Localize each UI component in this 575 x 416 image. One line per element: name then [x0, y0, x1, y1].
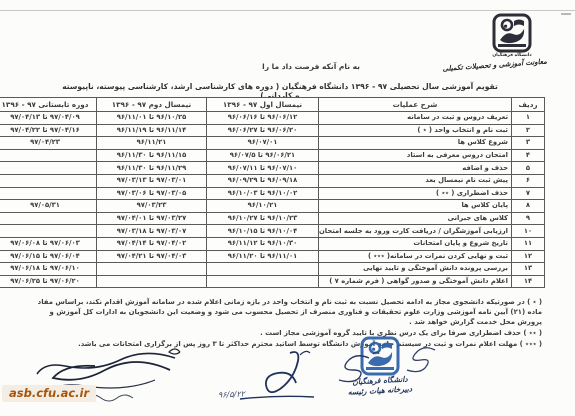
row-number: ۱۴	[512, 275, 545, 288]
sem2-date-cell: ۹۷/۰۴/۰۲ تا ۹۷/۰۴/۱۴	[97, 237, 207, 250]
sem1-date-cell: ۹۶/۰۷/۰۱	[207, 137, 319, 150]
col-header-semester1: نیمسال اول ۹۷ - ۱۳۹۶	[207, 98, 319, 112]
sem2-date-cell: ۹۶/۱۱/۲۱	[97, 137, 207, 150]
table-row: ۱تعریف دروس و ثبت در سامانه۹۶/۰۶/۱۲ تا ۹…	[0, 112, 545, 125]
operation-cell: بررسی پرونده دانش آموختگی و تایید نهایی	[319, 263, 512, 276]
operation-cell: شروع کلاس ها	[319, 137, 512, 150]
operation-cell: ارزیابی آموزشگران / دریافت کارت ورود به …	[319, 225, 512, 238]
operation-cell: امتحان دروس معرفی به استاد	[319, 149, 512, 162]
table-row: ۱۲ثبت و نهایی کردن نمرات در سامانه( ٭٭٭ …	[0, 250, 545, 263]
scan-artifact-mark	[561, 13, 571, 15]
scan-artifact-line	[0, 10, 575, 11]
operation-cell: اعلام دانش آموختگی و صدور گواهی ( فرم شم…	[319, 275, 512, 288]
sem2-date-cell	[97, 263, 207, 276]
table-row: ۱۰ارزیابی آموزشگران / دریافت کارت ورود ب…	[0, 225, 545, 238]
operation-cell: ثبت نام و انتخاب واحد ( ٭ )	[319, 124, 512, 137]
sem1-date-cell: ۹۶/۰۶/۲۰ تا ۹۶/۰۶/۲۷	[207, 124, 319, 137]
row-number: ۱۳	[512, 263, 545, 276]
sem2-date-cell	[97, 275, 207, 288]
operation-cell: پیش ثبت نام نیمسال بعد	[319, 174, 512, 187]
table-row: ۸پایان کلاس ها۹۶/۱۰/۲۱۹۷/۰۳/۲۳۹۷/۰۵/۳۱	[0, 200, 545, 213]
sem1-date-cell: ۹۶/۱۰/۰۲ تا ۹۶/۱۰/۰۳	[207, 187, 319, 200]
operation-cell: تاریخ شروع و پایان امتحانات	[319, 237, 512, 250]
summer-date-cell: ۹۷/۰۶/۲۰ تا ۹۷/۰۶/۲۵	[0, 275, 97, 288]
table-row: ۹کلاس های جبرانی۹۶/۱۰/۲۳ تا ۹۶/۱۰/۲۷۹۷/۰…	[0, 212, 545, 225]
table-row: ۱۱تاریخ شروع و پایان امتحانات۹۶/۱۰/۳۰ تا…	[0, 237, 545, 250]
table-row: ۱۴اعلام دانش آموختگی و صدور گواهی ( فرم …	[0, 275, 545, 288]
sem2-date-cell: ۹۷/۰۳/۲۳	[97, 200, 207, 213]
row-number: ۷	[512, 187, 545, 200]
table-row: ۴امتحان دروس معرفی به استاد۹۶/۰۶/۲۱ تا ۹…	[0, 149, 545, 162]
row-number: ۲	[512, 124, 545, 137]
signature-center	[230, 345, 320, 413]
scanned-document-page: دانشگاه فرهنگیان معاونت آموزشی و تحصیلات…	[0, 0, 575, 416]
col-header-row-number: ردیف	[512, 98, 545, 112]
website-watermark: asb.cfu.ac.ir	[2, 385, 96, 402]
university-logo-block: دانشگاه فرهنگیان معاونت آموزشی و تحصیلات…	[477, 13, 547, 68]
operation-cell: تعریف دروس و ثبت در سامانه	[319, 112, 512, 125]
table-header-row: ردیف شرح عملیات نیمسال اول ۹۷ - ۱۳۹۶ نیم…	[0, 98, 545, 112]
operation-cell: حذف اضطراری ( ٭٭ )	[319, 187, 512, 200]
sem2-date-cell: ۹۷/۰۴/۰۳ تا ۹۷/۰۴/۲۱	[97, 250, 207, 263]
handwritten-date: ۹۶/۵/۲۲	[218, 390, 245, 400]
sem1-date-cell: ۹۶/۰۹/۱۸ تا ۹۶/۰۹/۲۹	[207, 174, 319, 187]
summer-date-cell: ۹۷/۰۴/۲۳	[0, 137, 97, 150]
summer-date-cell: ۹۷/۰۵/۳۱	[0, 200, 97, 213]
row-number: ۸	[512, 200, 545, 213]
summer-date-cell	[0, 212, 97, 225]
table-row: ۱۳بررسی پرونده دانش آموختگی و تایید نهای…	[0, 263, 545, 276]
table-row: ۷حذف اضطراری ( ٭٭ )۹۶/۱۰/۰۲ تا ۹۶/۱۰/۰۳۹…	[0, 187, 545, 200]
footnote-1: ( ٭ ) در صورتیکه دانشجوی مجاز به ادامه ت…	[32, 297, 542, 327]
sem2-date-cell: ۹۶/۱۱/۱۵ تا ۹۶/۱۱/۳۰	[97, 149, 207, 162]
sem2-date-cell: ۹۷/۰۳/۰۱ تا ۹۷/۰۳/۱۳	[97, 174, 207, 187]
summer-date-cell	[0, 174, 97, 187]
sem1-date-cell: ۹۶/۰۶/۱۲ تا ۹۶/۰۶/۱۶	[207, 112, 319, 125]
col-header-semester2: نیمسال دوم ۹۷ - ۱۳۹۶	[97, 98, 207, 112]
sem2-date-cell: ۹۷/۰۳/۰۷ تا ۹۷/۰۳/۱۸	[97, 225, 207, 238]
row-number: ۳	[512, 137, 545, 150]
summer-date-cell: ۹۷/۰۶/۰۴ تا ۹۷/۰۶/۱۵	[0, 250, 97, 263]
sem2-date-cell: ۹۷/۰۳/۲۷ تا ۹۷/۰۴/۰۱	[97, 212, 207, 225]
sem1-date-cell	[207, 275, 319, 288]
summer-date-cell: ۹۷/۰۴/۰۹ تا ۹۷/۰۴/۱۳	[0, 112, 97, 125]
sem1-date-cell	[207, 263, 319, 276]
row-number: ۶	[512, 174, 545, 187]
row-number: ۵	[512, 162, 545, 175]
row-number: ۴	[512, 149, 545, 162]
sem1-date-cell: ۹۶/۱۰/۲۱	[207, 200, 319, 213]
summer-date-cell	[0, 187, 97, 200]
row-number: ۱۱	[512, 237, 545, 250]
sem1-date-cell: ۹۶/۱۱/۰۱ تا ۹۶/۱۱/۲۰	[207, 250, 319, 263]
sem2-date-cell: ۹۷/۰۳/۰۵ تا ۹۷/۰۳/۰۶	[97, 187, 207, 200]
row-number: ۱۲	[512, 250, 545, 263]
summer-date-cell	[0, 225, 97, 238]
operation-cell: پایان کلاس ها	[319, 200, 512, 213]
academic-calendar-table: ردیف شرح عملیات نیمسال اول ۹۷ - ۱۳۹۶ نیم…	[0, 97, 545, 288]
row-number: ۹	[512, 212, 545, 225]
operation-cell: حذف و اضافه	[319, 162, 512, 175]
sem1-date-cell: ۹۶/۱۰/۲۳ تا ۹۶/۱۰/۲۷	[207, 212, 319, 225]
sem1-date-cell: ۹۶/۰۶/۲۱ تا ۹۶/۰۷/۵	[207, 149, 319, 162]
footnote-2: ( ٭٭ ) حذف اضطراری صرفا برای یک درس نظری…	[32, 328, 542, 338]
summer-date-cell	[0, 149, 97, 162]
signature-far-right-small	[395, 342, 445, 376]
operation-cell: ثبت و نهایی کردن نمرات در سامانه( ٭٭٭ )	[319, 250, 512, 263]
table-row: ۵حذف و اضافه۹۶/۰۷/۱۰ تا ۹۶/۰۷/۱۱۹۶/۱۱/۲۹…	[0, 162, 545, 175]
summer-date-cell: ۹۷/۰۴/۱۶ تا ۹۷/۰۴/۲۲	[0, 124, 97, 137]
sem1-date-cell: ۹۶/۱۰/۰۴ تا ۹۶/۱۰/۱۵	[207, 225, 319, 238]
bismillah-line: به نام آنکه فرصت داد ما را	[262, 62, 360, 71]
sem2-date-cell: ۹۶/۱۱/۲۹ تا ۹۶/۱۱/۳۰	[97, 162, 207, 175]
operation-cell: کلاس های جبرانی	[319, 212, 512, 225]
table-row: ۶پیش ثبت نام نیمسال بعد۹۶/۰۹/۱۸ تا ۹۶/۰۹…	[0, 174, 545, 187]
farhangian-university-logo-icon	[492, 13, 532, 53]
summer-date-cell: ۹۷/۰۶/۱۰ تا ۹۷/۰۶/۱۸	[0, 263, 97, 276]
signature-right-small	[325, 348, 380, 388]
summer-date-cell: ۹۷/۰۶/۰۳ تا ۹۷/۰۶/۰۸	[0, 237, 97, 250]
sem2-date-cell: ۹۶/۱۰/۲۵ تا ۹۶/۱۱/۰۱	[97, 112, 207, 125]
table-row: ۲ثبت نام و انتخاب واحد ( ٭ )۹۶/۰۶/۲۰ تا …	[0, 124, 545, 137]
table-row: ۳شروع کلاس ها۹۶/۰۷/۰۱۹۶/۱۱/۲۱۹۷/۰۴/۲۳	[0, 137, 545, 150]
logo-department-calligraphy: معاونت آموزشی و تحصیلات تکمیلی	[477, 58, 547, 71]
col-header-operation: شرح عملیات	[319, 98, 512, 112]
row-number: ۱	[512, 112, 545, 125]
sem1-date-cell: ۹۶/۱۰/۳۰ تا ۹۶/۱۱/۱۲	[207, 237, 319, 250]
col-header-summer: دوره تابستانی ۹۷ - ۱۳۹۶	[0, 98, 97, 112]
summer-date-cell	[0, 162, 97, 175]
sem1-date-cell: ۹۶/۰۷/۱۰ تا ۹۶/۰۷/۱۱	[207, 162, 319, 175]
row-number: ۱۰	[512, 225, 545, 238]
sem2-date-cell: ۹۶/۱۱/۱۴ تا ۹۶/۱۱/۱۹	[97, 124, 207, 137]
